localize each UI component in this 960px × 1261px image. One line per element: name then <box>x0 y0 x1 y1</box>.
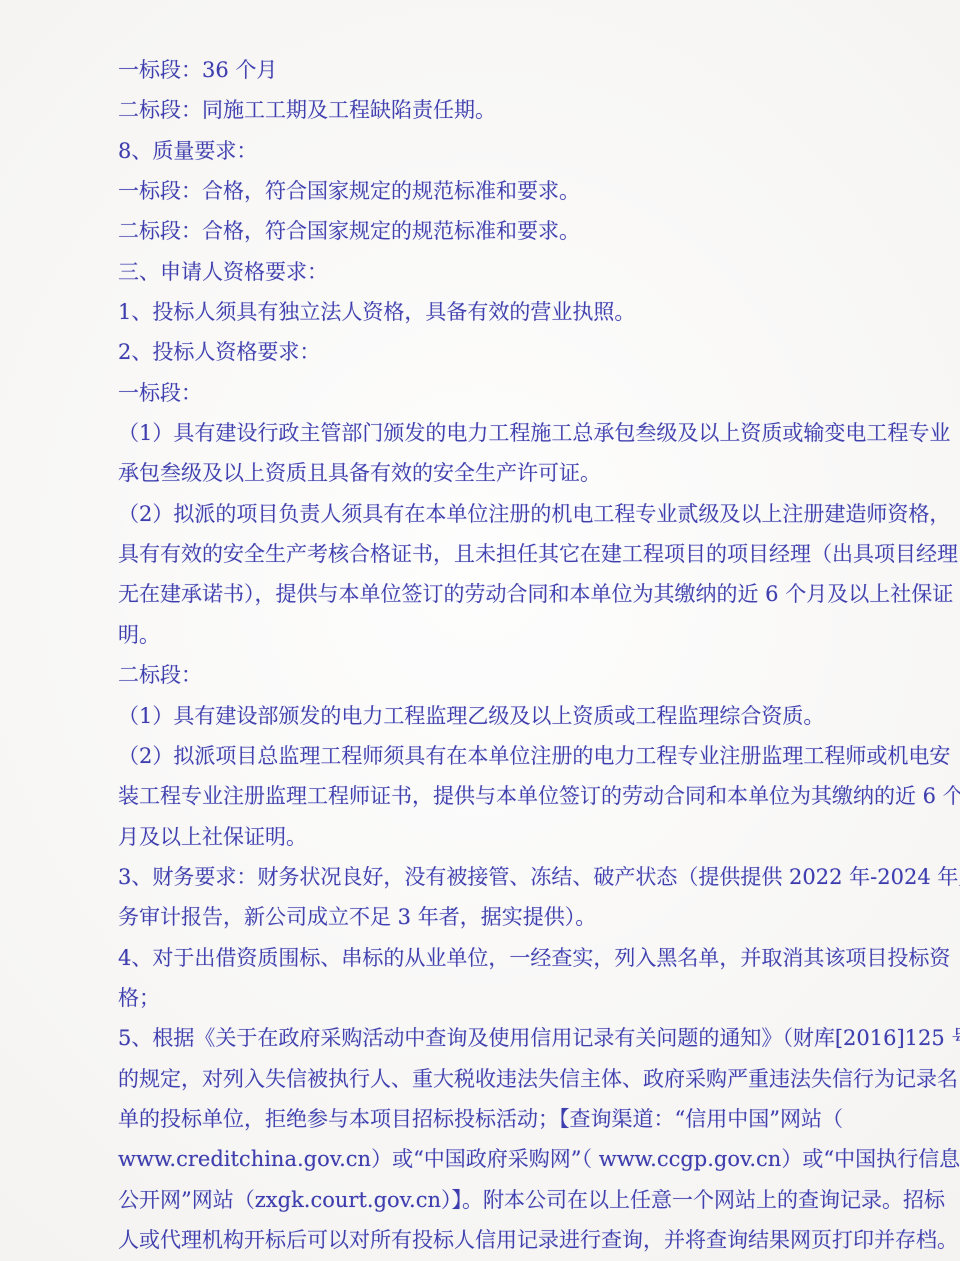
document-line: （1）具有建设行政主管部门颁发的电力工程施工总承包叁级及以上资质或输变电工程专业 <box>118 413 860 453</box>
document-line: 的规定，对列入失信被执行人、重大税收违法失信主体、政府采购严重违法失信行为记录名 <box>118 1059 860 1099</box>
document-line: 月及以上社保证明。 <box>118 817 860 857</box>
document-line: 无在建承诺书），提供与本单位签订的劳动合同和本单位为其缴纳的近 6 个月及以上社… <box>118 574 860 614</box>
document-line: www.creditchina.gov.cn）或“中国政府采购网”（ www.c… <box>118 1139 860 1179</box>
document-line: 二标段：合格，符合国家规定的规范标准和要求。 <box>118 211 860 251</box>
document-line: （1）具有建设部颁发的电力工程监理乙级及以上资质或工程监理综合资质。 <box>118 696 860 736</box>
document-page: 一标段：36 个月 二标段：同施工工期及工程缺陷责任期。 8、质量要求： 一标段… <box>0 0 960 1261</box>
document-line: 一标段： <box>118 373 860 413</box>
document-line: 2、投标人资格要求： <box>118 332 860 372</box>
document-line: 人或代理机构开标后可以对所有投标人信用记录进行查询，并将查询结果网页打印并存档。 <box>118 1220 860 1260</box>
document-line: （2）拟派的项目负责人须具有在本单位注册的机电工程专业贰级及以上注册建造师资格， <box>118 494 860 534</box>
document-line: 3、财务要求：财务状况良好，没有被接管、冻结、破产状态（提供提供 2022 年-… <box>118 857 860 897</box>
document-line: 4、对于出借资质围标、串标的从业单位，一经查实，列入黑名单，并取消其该项目投标资 <box>118 938 860 978</box>
document-line: 具有有效的安全生产考核合格证书，且未担任其它在建工程项目的项目经理（出具项目经理 <box>118 534 860 574</box>
document-line: 格； <box>118 978 860 1018</box>
document-line: 单的投标单位，拒绝参与本项目招标投标活动；【查询渠道：“信用中国”网站（ <box>118 1099 860 1139</box>
document-line: 二标段： <box>118 655 860 695</box>
document-line: 装工程专业注册监理工程师证书，提供与本单位签订的劳动合同和本单位为其缴纳的近 6… <box>118 776 860 816</box>
document-line: 公开网”网站（zxgk.court.gov.cn）】。附本公司在以上任意一个网站… <box>118 1180 860 1220</box>
document-line: 1、投标人须具有独立法人资格，具备有效的营业执照。 <box>118 292 860 332</box>
document-line: 务审计报告，新公司成立不足 3 年者，据实提供）。 <box>118 897 860 937</box>
document-line: 三、申请人资格要求： <box>118 252 860 292</box>
document-line: 二标段：同施工工期及工程缺陷责任期。 <box>118 90 860 130</box>
document-line: 一标段：36 个月 <box>118 50 860 90</box>
document-line: 承包叁级及以上资质且具备有效的安全生产许可证。 <box>118 453 860 493</box>
document-line: 一标段：合格，符合国家规定的规范标准和要求。 <box>118 171 860 211</box>
document-line: 明。 <box>118 615 860 655</box>
document-line: 5、根据《关于在政府采购活动中查询及使用信用记录有关问题的通知》（财库[2016… <box>118 1018 860 1058</box>
document-line: （2）拟派项目总监理工程师须具有在本单位注册的电力工程专业注册监理工程师或机电安 <box>118 736 860 776</box>
document-line: 8、质量要求： <box>118 131 860 171</box>
